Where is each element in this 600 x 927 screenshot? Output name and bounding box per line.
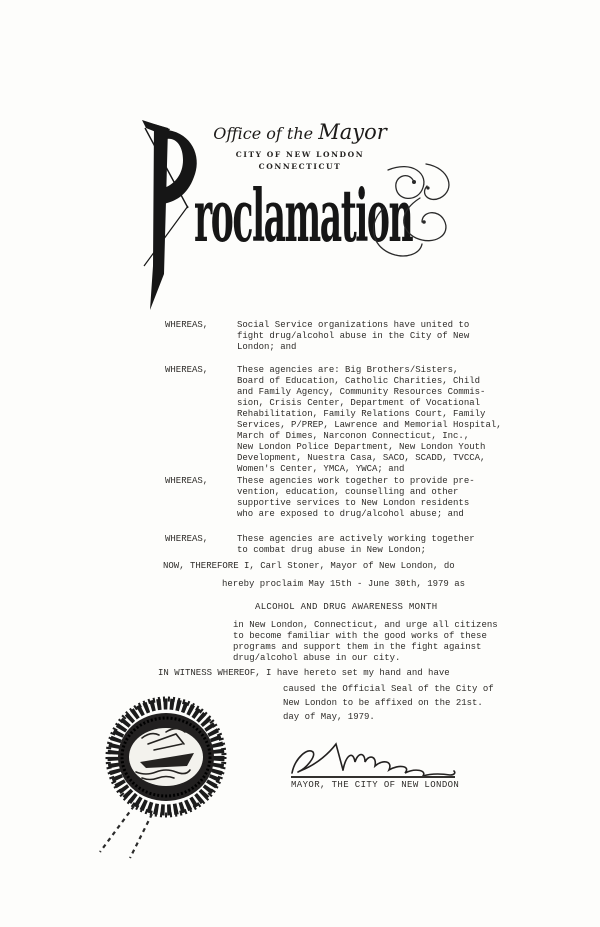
flourish-ornament-icon: [358, 158, 462, 262]
whereas-text-4: These agencies are actively working toge…: [237, 534, 475, 556]
whereas-text-2: These agencies are: Big Brothers/Sisters…: [237, 365, 502, 475]
city-seal-icon: [90, 694, 242, 866]
now-therefore-line: NOW, THEREFORE I, Carl Stoner, Mayor of …: [163, 561, 455, 572]
mayor-signature: [288, 740, 460, 778]
office-name-text: Mayor: [318, 120, 387, 144]
signature-title-line: MAYOR, THE CITY OF NEW LONDON: [291, 780, 459, 791]
signature-rule: [291, 776, 455, 778]
whereas-label-1: WHEREAS,: [165, 320, 208, 331]
whereas-label-4: WHEREAS,: [165, 534, 208, 545]
proclamation-document: Office of the Mayor CITY OF NEW LONDON C…: [0, 0, 600, 927]
urge-citizens-paragraph: in New London, Connecticut, and urge all…: [233, 620, 498, 664]
whereas-label-3: WHEREAS,: [165, 476, 208, 487]
hereby-proclaim-line: hereby proclaim May 15th - June 30th, 19…: [222, 579, 465, 590]
in-witness-whereof-line: IN WITNESS WHEREOF, I have hereto set my…: [158, 668, 450, 679]
office-prefix-text: Office of the: [213, 124, 318, 143]
whereas-label-2: WHEREAS,: [165, 365, 208, 376]
whereas-text-3: These agencies work together to provide …: [237, 476, 475, 520]
witness-continuation-lines: caused the Official Seal of the City of …: [283, 682, 494, 724]
whereas-text-1: Social Service organizations have united…: [237, 320, 469, 353]
awareness-month-title: ALCOHOL AND DRUG AWARENESS MONTH: [255, 602, 437, 613]
